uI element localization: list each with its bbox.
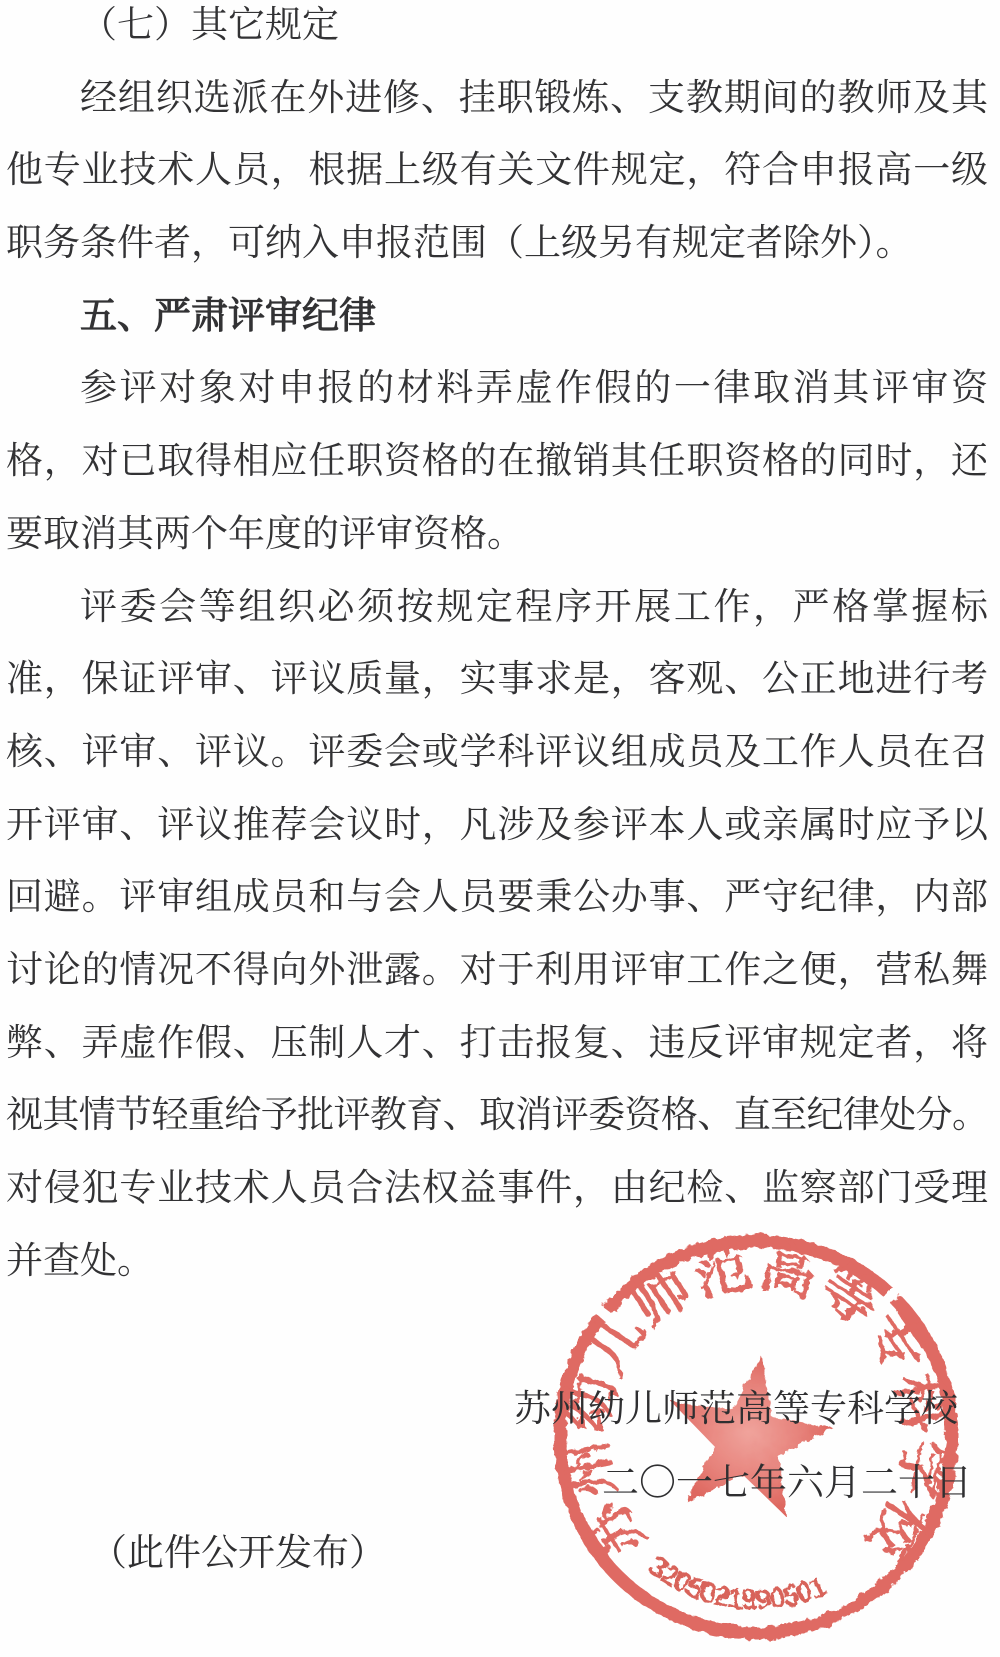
signature-org: 苏州幼儿师范高等专科学校 [514, 1388, 958, 1432]
public-release-notice: （此件公开发布） [90, 1532, 386, 1576]
document-body: （七）其它规定经组织选派在外进修、挂职锻炼、支教期间的教师及其他专业技术人员，根… [6, 0, 988, 1298]
body-line: （七）其它规定 [6, 0, 988, 63]
body-line: 他专业技术人员，根据上级有关文件规定，符合申报高一级 [6, 135, 988, 208]
body-line: 经组织选派在外进修、挂职锻炼、支教期间的教师及其 [6, 63, 988, 136]
body-line: 视其情节轻重给予批评教育、取消评委资格、直至纪律处分。 [6, 1080, 988, 1153]
signature-date: 二〇一七年六月二十日 [602, 1462, 972, 1506]
body-line: 讨论的情况不得向外泄露。对于利用评审工作之便，营私舞 [6, 935, 988, 1008]
document-page: （七）其它规定经组织选派在外进修、挂职锻炼、支教期间的教师及其他专业技术人员，根… [0, 0, 1000, 1657]
body-line: 核、评审、评议。评委会或学科评议组成员及工作人员在召 [6, 717, 988, 790]
body-line: 准，保证评审、评议质量，实事求是，客观、公正地进行考 [6, 644, 988, 717]
body-line: 开评审、评议推荐会议时，凡涉及参评本人或亲属时应予以 [6, 790, 988, 863]
body-line: 五、严肃评审纪律 [6, 281, 988, 354]
body-line: 要取消其两个年度的评审资格。 [6, 499, 988, 572]
body-line: 弊、弄虚作假、压制人才、打击报复、违反评审规定者，将 [6, 1008, 988, 1081]
body-line: 评委会等组织必须按规定程序开展工作，严格掌握标 [6, 572, 988, 645]
body-line: 参评对象对申报的材料弄虚作假的一律取消其评审资 [6, 353, 988, 426]
body-line: 回避。评审组成员和与会人员要秉公办事、严守纪律，内部 [6, 862, 988, 935]
body-line: 职务条件者，可纳入申报范围（上级另有规定者除外）。 [6, 208, 988, 281]
body-line: 格，对已取得相应任职资格的在撤销其任职资格的同时，还 [6, 426, 988, 499]
body-line: 并查处。 [6, 1226, 988, 1299]
body-line: 对侵犯专业技术人员合法权益事件，由纪检、监察部门受理 [6, 1153, 988, 1226]
